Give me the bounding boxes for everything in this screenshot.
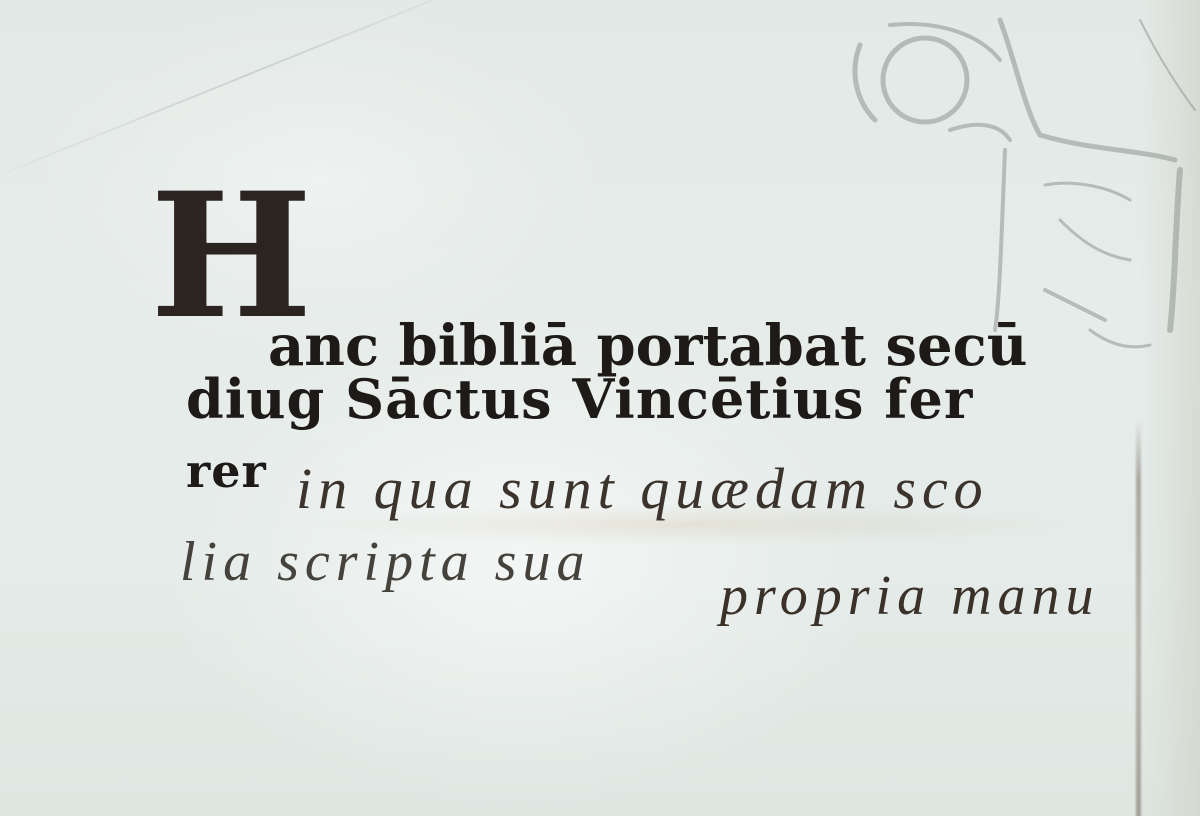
manuscript-page: H anc bibliā portabat secū diug Sāctus V… (0, 0, 1200, 816)
inscription-line-3-gothic: rer (186, 448, 267, 494)
inscription-line-4-end: propria manu (720, 568, 1100, 624)
inscription-line-4: lia scripta sua (180, 534, 590, 590)
inscription: H anc bibliā portabat secū diug Sāctus V… (0, 0, 1200, 816)
inscription-line-1: anc bibliā portabat secū (268, 318, 1027, 374)
inscription-line-3-cursive: in qua sunt quædam sco (296, 460, 989, 518)
inscription-line-2: diug Sāctus Vincētius fer (186, 372, 973, 426)
